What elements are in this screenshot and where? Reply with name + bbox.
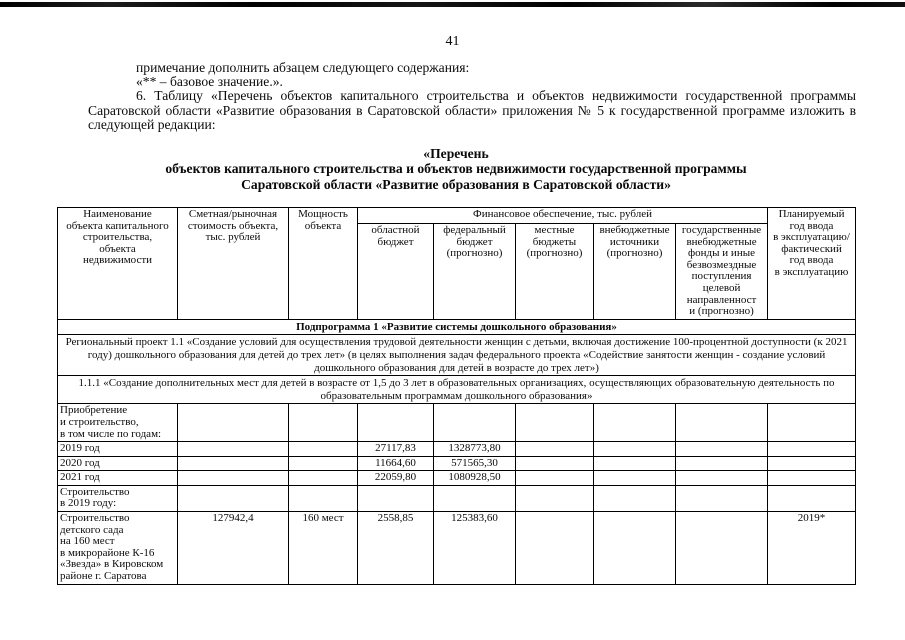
cell-cost <box>178 485 289 511</box>
cell-commissioning-year: 2019* <box>768 512 856 585</box>
cell-local-budget <box>516 512 594 585</box>
cell-oblast-budget: 22059,80 <box>358 471 434 486</box>
cell-commissioning-year <box>768 442 856 457</box>
cell-capacity: 160 мест <box>289 512 358 585</box>
cell-extrabudget-sources <box>594 442 676 457</box>
table-title-line1: «Перечень <box>57 146 855 161</box>
cell-commissioning-year <box>768 404 856 442</box>
activity-title: 1.1.1 «Создание дополнительных мест для … <box>58 376 856 404</box>
cell-local-budget <box>516 442 594 457</box>
cell-capacity <box>289 485 358 511</box>
cell-extrabudget-sources <box>594 485 676 511</box>
cell-capacity <box>289 471 358 486</box>
cell-federal-budget: 571565,30 <box>434 456 516 471</box>
col-header-oblast-budget: областной бюджет <box>358 224 434 320</box>
page-number: 41 <box>0 34 905 50</box>
col-header-local-budgets: местные бюджеты (прогнозно) <box>516 224 594 320</box>
table-row: 2020 год 11664,60 571565,30 <box>58 456 856 471</box>
col-header-federal-budget: федеральный бюджет (прогнозно) <box>434 224 516 320</box>
regional-project-title: Региональный проект 1.1 «Создание услови… <box>58 335 856 376</box>
col-header-finance-group: Финансовое обеспечение, тыс. рублей <box>358 208 768 224</box>
cell-local-budget <box>516 471 594 486</box>
scan-artifact-bar <box>0 2 905 7</box>
section-row-activity: 1.1.1 «Создание дополнительных мест для … <box>58 376 856 404</box>
col-header-capacity: Мощность объекта <box>289 208 358 320</box>
subprogram-title: Подпрограмма 1 «Развитие системы дошколь… <box>58 319 856 335</box>
table-title-line2: объектов капитального строительства и об… <box>57 161 855 176</box>
cell-commissioning-year <box>768 471 856 486</box>
cell-name: 2020 год <box>58 456 178 471</box>
cell-state-funds <box>676 456 768 471</box>
body-text-block: примечание дополнить абзацем следующего … <box>88 61 856 132</box>
cell-capacity <box>289 456 358 471</box>
cell-oblast-budget <box>358 404 434 442</box>
cell-oblast-budget: 11664,60 <box>358 456 434 471</box>
cell-oblast-budget: 27117,83 <box>358 442 434 457</box>
header-row-top: Наименование объекта капитального строит… <box>58 208 856 224</box>
cell-cost <box>178 404 289 442</box>
cell-name: 2019 год <box>58 442 178 457</box>
objects-table: Наименование объекта капитального строит… <box>57 207 856 585</box>
cell-name: 2021 год <box>58 471 178 486</box>
cell-name: Строительство в 2019 году: <box>58 485 178 511</box>
cell-state-funds <box>676 471 768 486</box>
paragraph-item-6: 6. Таблицу «Перечень объектов капитально… <box>88 89 856 132</box>
table-row: Строительство в 2019 году: <box>58 485 856 511</box>
cell-local-budget <box>516 404 594 442</box>
cell-state-funds <box>676 485 768 511</box>
paragraph-note: примечание дополнить абзацем следующего … <box>88 61 856 75</box>
cell-extrabudget-sources <box>594 512 676 585</box>
cell-local-budget <box>516 485 594 511</box>
cell-state-funds <box>676 404 768 442</box>
cell-oblast-budget: 2558,85 <box>358 512 434 585</box>
cell-federal-budget <box>434 404 516 442</box>
col-header-estimated-cost: Сметная/рыночная стоимость объекта, тыс.… <box>178 208 289 320</box>
cell-local-budget <box>516 456 594 471</box>
cell-capacity <box>289 442 358 457</box>
cell-state-funds <box>676 512 768 585</box>
table-title: «Перечень объектов капитального строител… <box>57 146 855 192</box>
cell-cost: 127942,4 <box>178 512 289 585</box>
table-row: 2021 год 22059,80 1080928,50 <box>58 471 856 486</box>
cell-extrabudget-sources <box>594 471 676 486</box>
cell-name: Строительство детского сада на 160 мест … <box>58 512 178 585</box>
cell-state-funds <box>676 442 768 457</box>
cell-oblast-budget <box>358 485 434 511</box>
cell-commissioning-year <box>768 456 856 471</box>
col-header-state-funds: государственные внебюджетные фонды и ины… <box>676 224 768 320</box>
cell-extrabudget-sources <box>594 404 676 442</box>
cell-capacity <box>289 404 358 442</box>
cell-federal-budget: 1328773,80 <box>434 442 516 457</box>
document-page: 41 примечание дополнить абзацем следующе… <box>0 0 905 640</box>
cell-extrabudget-sources <box>594 456 676 471</box>
cell-federal-budget: 125383,60 <box>434 512 516 585</box>
cell-cost <box>178 471 289 486</box>
section-row-subprogram: Подпрограмма 1 «Развитие системы дошколь… <box>58 319 856 335</box>
col-header-object-name: Наименование объекта капитального строит… <box>58 208 178 320</box>
section-row-regional-project: Региональный проект 1.1 «Создание услови… <box>58 335 856 376</box>
table-row: Приобретение и строительство, в том числ… <box>58 404 856 442</box>
table-row: Строительство детского сада на 160 мест … <box>58 512 856 585</box>
cell-commissioning-year <box>768 485 856 511</box>
cell-federal-budget <box>434 485 516 511</box>
cell-cost <box>178 456 289 471</box>
cell-cost <box>178 442 289 457</box>
table-row: 2019 год 27117,83 1328773,80 <box>58 442 856 457</box>
table-title-line3: Саратовской области «Развитие образовани… <box>57 177 855 192</box>
col-header-commissioning-year: Планируемый год ввода в эксплуатацию/ фа… <box>768 208 856 320</box>
col-header-extrabudget-sources: внебюджетные источники (прогнозно) <box>594 224 676 320</box>
cell-name: Приобретение и строительство, в том числ… <box>58 404 178 442</box>
cell-federal-budget: 1080928,50 <box>434 471 516 486</box>
paragraph-base-value: «** – базовое значение.». <box>88 75 856 89</box>
